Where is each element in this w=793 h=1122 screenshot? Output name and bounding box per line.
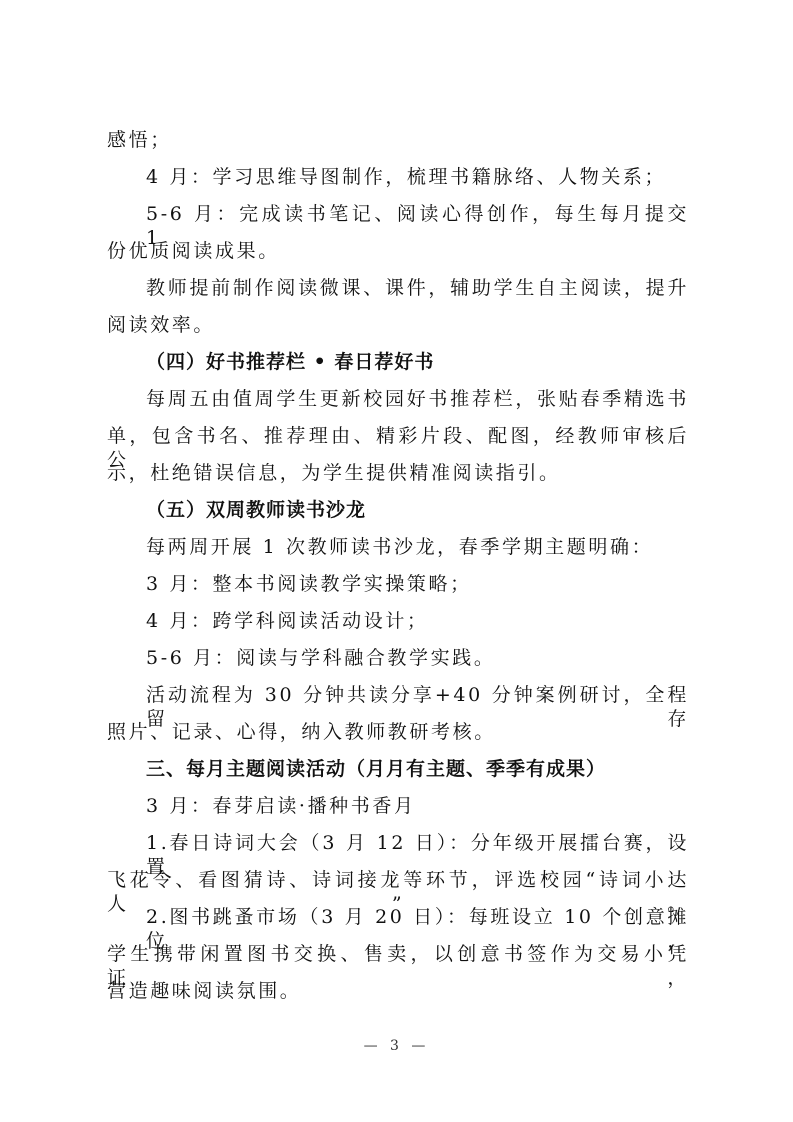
text-line: 每两周开展 1 次教师读书沙龙，春季学期主题明确： (146, 535, 689, 559)
text-line: 阅读效率。 (107, 313, 689, 337)
text-line: 教师提前制作阅读微课、课件，辅助学生自主阅读，提升 (146, 276, 689, 300)
text-line: 5-6 月：阅读与学科融合教学实践。 (146, 646, 689, 670)
section-heading: （四）好书推荐栏 • 春日荐好书 (146, 350, 689, 374)
text-line: 4 月：学习思维导图制作，梳理书籍脉络、人物关系； (146, 165, 689, 189)
document-page: 感悟；4 月：学习思维导图制作，梳理书籍脉络、人物关系；5-6 月：完成读书笔记… (0, 0, 793, 1122)
text-line: 照片、记录、心得，纳入教师教研考核。 (107, 720, 689, 744)
section-heading: 三、每月主题阅读活动（月月有主题、季季有成果） (146, 757, 689, 781)
text-line: 份优质阅读成果。 (107, 239, 689, 263)
text-line: 3 月：整本书阅读教学实操策略； (146, 572, 689, 596)
text-line: 感悟； (107, 128, 689, 152)
page-number: — 3 — (0, 1038, 793, 1054)
text-line: 营造趣味阅读氛围。 (107, 979, 689, 1003)
text-line: 4 月：跨学科阅读活动设计； (146, 609, 689, 633)
text-line: 每周五由值周学生更新校园好书推荐栏，张贴春季精选书 (146, 387, 689, 411)
text-line: 示，杜绝错误信息，为学生提供精准阅读指引。 (107, 461, 689, 485)
text-line: 3 月：春芽启读·播种书香月 (146, 794, 689, 818)
section-heading: （五）双周教师读书沙龙 (146, 498, 689, 522)
